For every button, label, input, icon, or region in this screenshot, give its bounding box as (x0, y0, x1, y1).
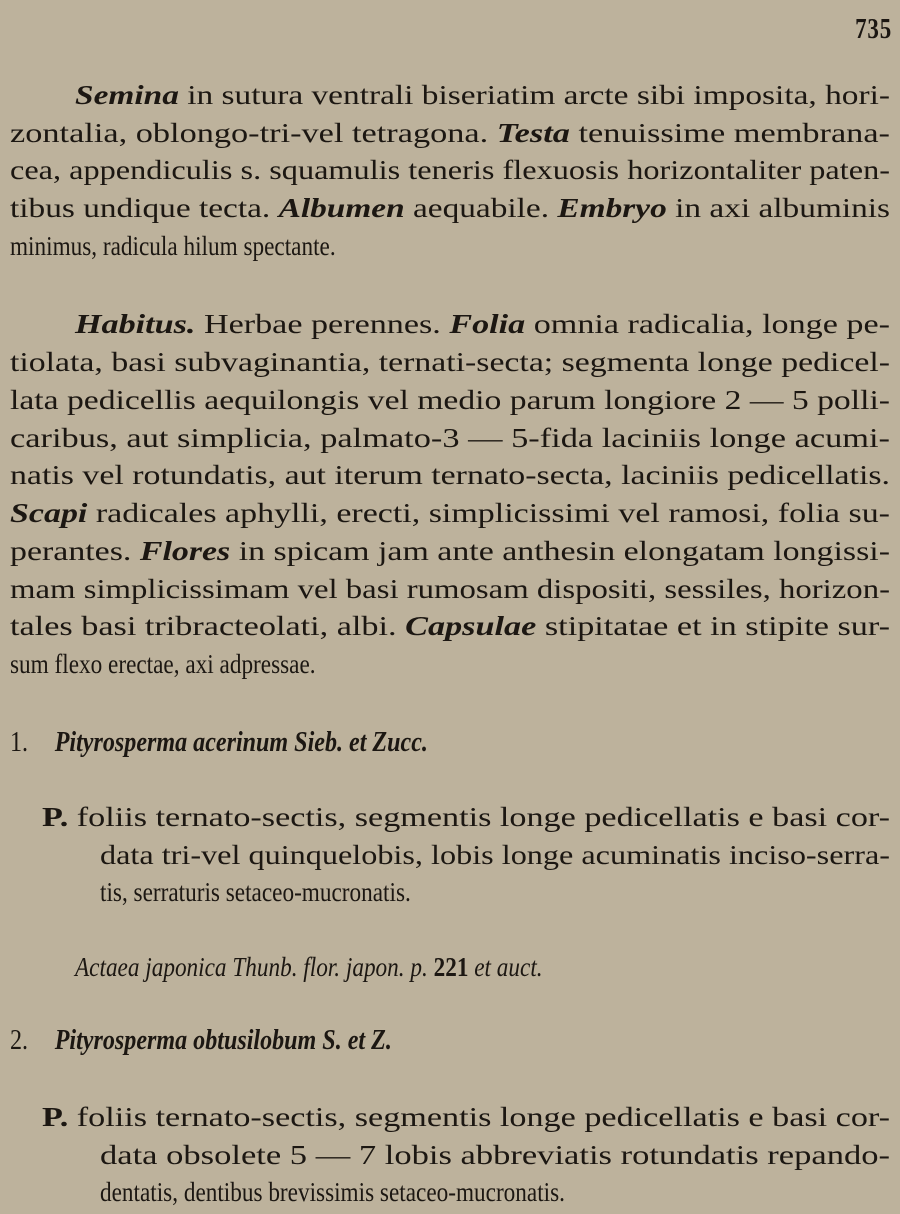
diagnosis-line: data obsolete 5 — 7 lobis abbreviatis ro… (100, 1138, 890, 1172)
term-capsulae: Capsulae (405, 611, 536, 641)
text-line: mam simplicissimam vel basi rumosam disp… (10, 572, 890, 606)
term-habitus: Habitus. (75, 309, 195, 339)
diagnosis-line: dentatis, dentibus brevissimis setaceo-m… (100, 1175, 890, 1209)
text-line: tiolata, basi subvaginantia, ternati-sec… (10, 345, 890, 379)
species-name: Pityrosperma acerinum Sieb. et Zucc. (55, 727, 428, 758)
page-number: 735 (855, 14, 892, 46)
term-semina: Semina (75, 80, 179, 110)
term-testa: Testa (497, 118, 570, 148)
text-line: Semina in sutura ventrali biseriatim arc… (75, 78, 890, 112)
book-page: 735 Semina in sutura ventrali biseriatim… (0, 0, 900, 1214)
species-number: 2. (10, 1024, 55, 1058)
diagnosis-line: tis, serraturis setaceo-mucronatis. (100, 875, 890, 909)
species-heading: 2.Pityrosperma obtusilobum S. et Z. (10, 1024, 454, 1058)
text-line: tibus undique tecta. Albumen aequabile. … (10, 191, 890, 225)
term-embryo: Embryo (557, 193, 666, 223)
term-flores: Flores (140, 536, 230, 566)
text-line: cea, appendiculis s. squamulis teneris f… (10, 153, 890, 187)
text-line: natis vel rotundatis, aut iterum ternato… (10, 458, 890, 492)
diagnosis-line: P. foliis ternato-sectis, segmentis long… (42, 1100, 890, 1134)
citation-page: 221 (434, 952, 469, 982)
text-line: minimus, radicula hilum spectante. (10, 229, 890, 263)
text-line: sum flexo erectae, axi adpressae. (10, 647, 890, 681)
diagnosis-line: P. foliis ternato-sectis, segmentis long… (42, 800, 890, 834)
text-line: perantes. Flores in spicam jam ante anth… (10, 534, 890, 568)
term-albumen: Albumen (279, 193, 405, 223)
term-folia: Folia (449, 309, 525, 339)
genus-abbrev: P. (42, 1102, 68, 1132)
genus-abbrev: P. (42, 802, 68, 832)
text-line: zontalia, oblongo-tri-vel tetragona. Tes… (10, 116, 890, 150)
text-line: Scapi radicales aphylli, erecti, simplic… (10, 496, 890, 530)
species-number: 1. (10, 726, 55, 760)
text-line: tales basi tribracteolati, albi. Capsula… (10, 609, 890, 643)
diagnosis-line: data tri-vel quinquelobis, lobis longe a… (100, 838, 890, 872)
text-line: caribus, aut simplicia, palmato-3 — 5-fi… (10, 421, 890, 455)
synonym-citation: Actaea japonica Thunb. flor. japon. p. 2… (75, 950, 619, 984)
text-line: lata pedicellis aequilongis vel medio pa… (10, 383, 890, 417)
term-scapi: Scapi (10, 498, 87, 528)
text-line: Habitus. Herbae perennes. Folia omnia ra… (75, 307, 890, 341)
species-heading: 1.Pityrosperma acerinum Sieb. et Zucc. (10, 726, 496, 760)
species-name: Pityrosperma obtusilobum S. et Z. (55, 1025, 392, 1056)
